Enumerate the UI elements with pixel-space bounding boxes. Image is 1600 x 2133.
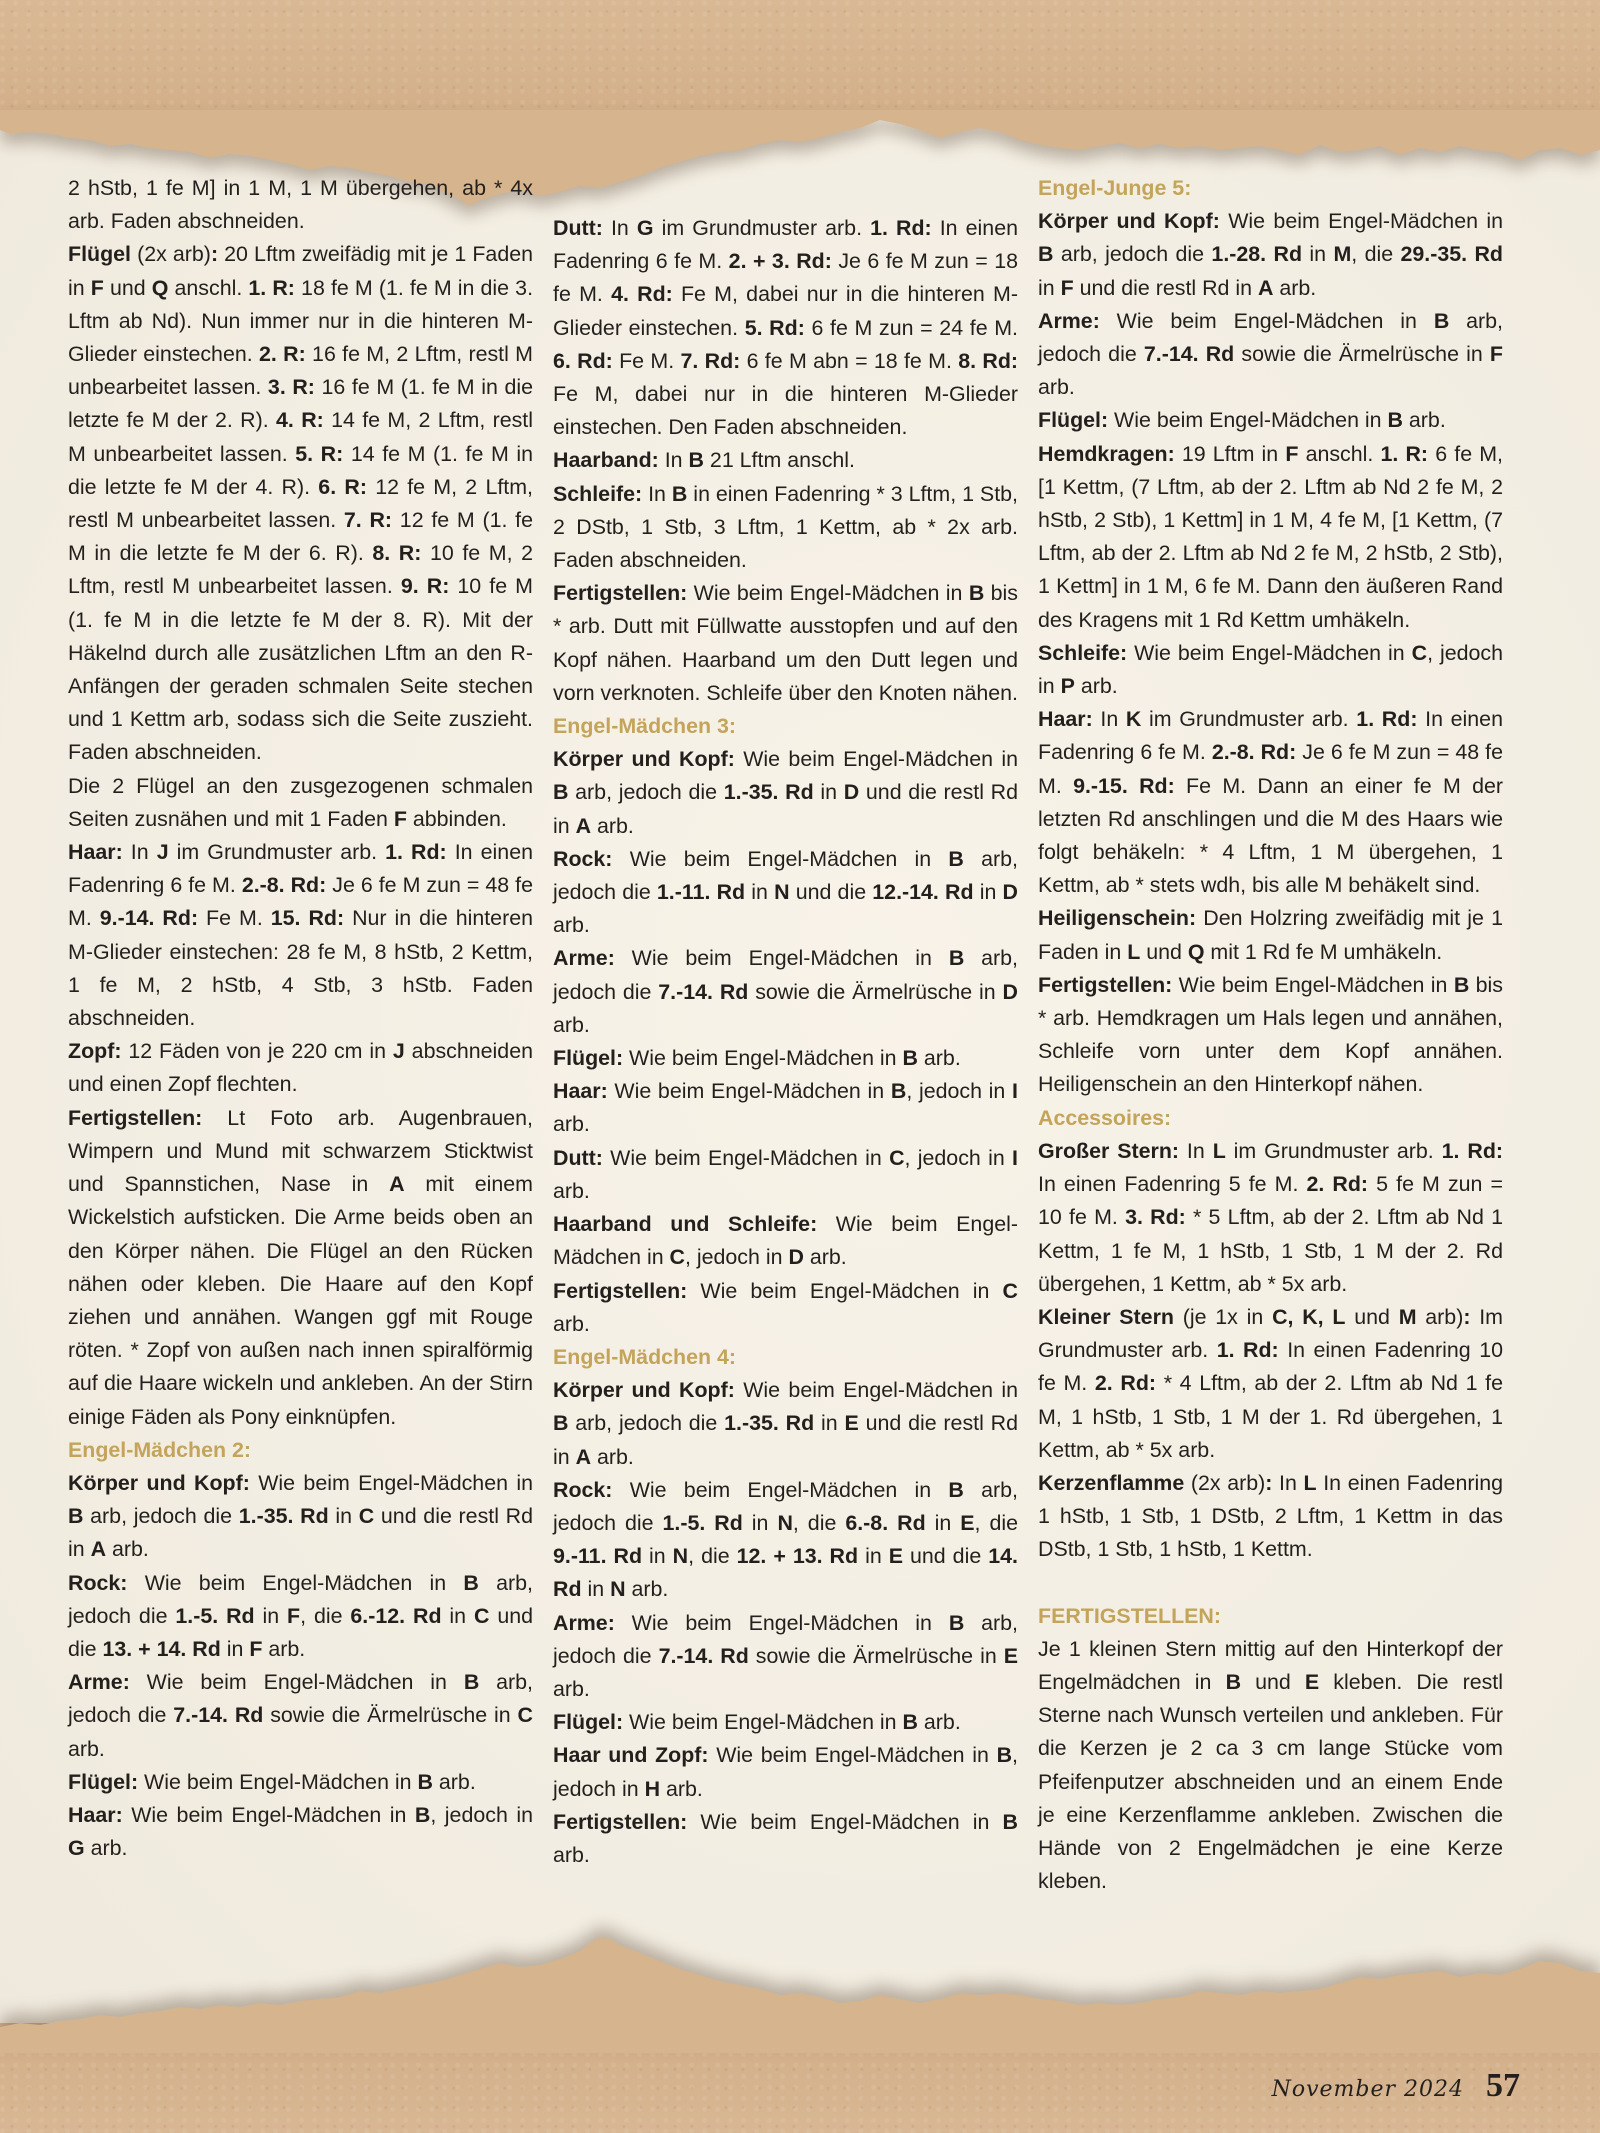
- instruction-paragraph: Rock: Wie beim Engel-Mädchen in B arb, j…: [553, 843, 1018, 943]
- bold-term: 6.-12. Rd: [350, 1604, 441, 1628]
- body-text: Wie beim Engel-Mädchen in: [615, 946, 949, 970]
- bold-term: B: [1434, 309, 1449, 333]
- bold-term: 2. + 3. Rd:: [729, 249, 832, 273]
- bold-term: B: [415, 1803, 430, 1827]
- body-text: arb.: [804, 1245, 847, 1269]
- bold-term: 1. Rd:: [1217, 1338, 1279, 1362]
- bold-term: C, K, L: [1272, 1305, 1345, 1329]
- bold-term: G: [68, 1836, 85, 1860]
- bold-term: M: [1399, 1305, 1417, 1329]
- bold-term: 7.-14. Rd: [659, 1644, 749, 1668]
- bold-term: K: [1126, 707, 1141, 731]
- spacer: [1038, 1567, 1503, 1600]
- bold-term: B: [997, 1743, 1012, 1767]
- bold-term: Schleife:: [553, 482, 642, 506]
- body-text: in: [974, 880, 1003, 904]
- instruction-paragraph: Flügel (2x arb): 20 Lftm zweifädig mit j…: [68, 238, 533, 769]
- body-text: arb.: [626, 1577, 669, 1601]
- bold-term: B: [672, 482, 687, 506]
- section-heading: FERTIGSTELLEN:: [1038, 1600, 1503, 1633]
- bold-term: B: [553, 1411, 568, 1435]
- body-text: arb.: [1403, 408, 1446, 432]
- bold-term: 1.-11. Rd: [657, 880, 745, 904]
- body-text: Wie beim Engel-Mädchen in: [123, 1803, 415, 1827]
- instruction-paragraph: Flügel: Wie beim Engel-Mädchen in B arb.: [68, 1766, 533, 1799]
- bold-term: Fertigstellen:: [553, 581, 687, 605]
- bold-term: Körper und Kopf:: [1038, 209, 1220, 233]
- bold-term: N: [610, 1577, 625, 1601]
- body-text: , die: [688, 1544, 736, 1568]
- body-text: in: [814, 780, 844, 804]
- bold-term: F: [287, 1604, 300, 1628]
- bold-term: E: [1305, 1670, 1319, 1694]
- instruction-paragraph: Arme: Wie beim Engel-Mädchen in B arb, j…: [553, 1607, 1018, 1707]
- body-text: im Grundmuster arb.: [654, 216, 871, 240]
- body-text: 21 Lftm anschl.: [704, 448, 855, 472]
- body-text: Wie beim Engel-Mädchen in: [1100, 309, 1434, 333]
- bold-term: Körper und Kopf:: [553, 747, 735, 771]
- body-text: arb.: [660, 1777, 703, 1801]
- bold-term: 3. R:: [268, 375, 315, 399]
- body-text: Fe M.: [613, 349, 681, 373]
- body-text: arb.: [553, 1843, 590, 1867]
- body-text: und: [1241, 1670, 1305, 1694]
- bold-term: B: [948, 847, 963, 871]
- bold-term: N: [673, 1544, 688, 1568]
- instruction-paragraph: Kleiner Stern (je 1x in C, K, L und M ar…: [1038, 1301, 1503, 1467]
- instruction-paragraph: Körper und Kopf: Wie beim Engel-Mädchen …: [68, 1467, 533, 1567]
- bold-term: L: [1304, 1471, 1317, 1495]
- bold-term: 1. R:: [1381, 442, 1429, 466]
- body-text: arb.: [553, 1179, 590, 1203]
- bold-term: A: [389, 1172, 404, 1196]
- bold-term: B: [969, 581, 984, 605]
- body-text: 6 fe M, [1 Kettm, (7 Lftm, ab der 2. Lft…: [1038, 442, 1503, 632]
- bold-term: 1.-5. Rd: [663, 1511, 743, 1535]
- bold-term: B: [1003, 1810, 1018, 1834]
- body-text: Wie beim Engel-Mädchen in: [603, 1146, 889, 1170]
- instruction-paragraph: Flügel: Wie beim Engel-Mädchen in B arb.: [1038, 404, 1503, 437]
- bold-term: Fertigstellen:: [553, 1810, 687, 1834]
- body-text: , die: [1351, 242, 1400, 266]
- body-text: 2 hStb, 1 fe M] in 1 M, 1 M übergehen, a…: [68, 176, 533, 233]
- bold-term: Arme:: [1038, 309, 1100, 333]
- bold-term: B: [1226, 1670, 1241, 1694]
- bold-term: 15. Rd:: [271, 906, 344, 930]
- bold-term: B: [1388, 408, 1403, 432]
- bold-term: Hemdkragen:: [1038, 442, 1175, 466]
- bold-term: G: [637, 216, 654, 240]
- body-text: In: [123, 840, 157, 864]
- bold-term: N: [777, 1511, 792, 1535]
- bold-term: Dutt:: [553, 216, 603, 240]
- body-text: Wie beim Engel-Mädchen in: [1220, 209, 1503, 233]
- body-text: In einen Fadenring 5 fe M.: [1038, 1172, 1307, 1196]
- body-text: arb.: [553, 913, 590, 937]
- bold-term: D: [1003, 880, 1018, 904]
- bold-term: Fertigstellen:: [1038, 973, 1172, 997]
- bold-term: Großer Stern:: [1038, 1139, 1179, 1163]
- body-text: Wie beim Engel-Mädchen in: [735, 747, 1018, 771]
- instruction-paragraph: Haarband und Schleife: Wie beim Engel-Mä…: [553, 1208, 1018, 1274]
- bold-term: F: [394, 807, 407, 831]
- bold-term: Haarband:: [553, 448, 659, 472]
- bold-term: Rock:: [553, 847, 612, 871]
- body-text: , jedoch in: [430, 1803, 533, 1827]
- instruction-paragraph: Rock: Wie beim Engel-Mädchen in B arb, j…: [553, 1474, 1018, 1607]
- body-text: in: [329, 1504, 359, 1528]
- instruction-paragraph: Großer Stern: In L im Grundmuster arb. 1…: [1038, 1135, 1503, 1301]
- bold-term: I: [1012, 1146, 1018, 1170]
- body-text: Wie beim Engel-Mädchen in: [623, 1710, 902, 1734]
- body-text: arb, jedoch die: [568, 1411, 724, 1435]
- body-text: Wie beim Engel-Mädchen in: [130, 1670, 464, 1694]
- instruction-paragraph: Fertigstellen: Wie beim Engel-Mädchen in…: [1038, 969, 1503, 1102]
- bold-term: B: [418, 1770, 433, 1794]
- body-text: arb.: [1075, 674, 1118, 698]
- bold-term: 1.-35. Rd: [724, 1411, 814, 1435]
- body-text: kleben. Die restl Sterne nach Wunsch ver…: [1038, 1670, 1503, 1893]
- body-text: arb): [1417, 1305, 1464, 1329]
- body-text: und: [1345, 1305, 1398, 1329]
- body-text: Wie beim Engel-Mädchen in: [1172, 973, 1454, 997]
- body-text: 6 fe M zun = 24 fe M.: [805, 316, 1018, 340]
- body-text: 6 fe M abn = 18 fe M.: [740, 349, 958, 373]
- body-text: Wie beim Engel-Mädchen in: [709, 1743, 997, 1767]
- bold-term: Haarband und Schleife:: [553, 1212, 817, 1236]
- bold-term: B: [949, 1611, 964, 1635]
- body-text: sowie die Ärmelrüsche in: [263, 1703, 517, 1727]
- instruction-paragraph: Fertigstellen: Wie beim Engel-Mädchen in…: [553, 577, 1018, 710]
- bold-term: 5. Rd:: [745, 316, 805, 340]
- body-text: im Grundmuster arb.: [1141, 707, 1356, 731]
- bold-term: Arme:: [553, 1611, 615, 1635]
- body-text: arb.: [68, 1737, 105, 1761]
- instruction-paragraph: Haar: In J im Grundmuster arb. 1. Rd: In…: [68, 836, 533, 1035]
- bold-term: 9. R:: [401, 574, 449, 598]
- body-text: , die: [300, 1604, 350, 1628]
- bold-term: C: [474, 1604, 489, 1628]
- bold-term: 1. Rd:: [385, 840, 447, 864]
- section-heading: Accessoires:: [1038, 1102, 1503, 1135]
- bold-term: 29.-35. Rd: [1401, 242, 1504, 266]
- bold-term: Zopf:: [68, 1039, 121, 1063]
- body-text: Wie beim Engel-Mädchen in: [623, 1046, 902, 1070]
- instruction-paragraph: Dutt: In G im Grundmuster arb. 1. Rd: In…: [553, 212, 1018, 444]
- bold-term: L: [1213, 1139, 1226, 1163]
- bold-term: C: [359, 1504, 374, 1528]
- body-text: arb.: [553, 1312, 590, 1336]
- bold-term: 7.-14. Rd: [173, 1703, 263, 1727]
- bold-term: F: [1285, 442, 1298, 466]
- bold-term: L: [1127, 940, 1140, 964]
- body-text: in: [1302, 242, 1333, 266]
- instruction-paragraph: Fertigstellen: Wie beim Engel-Mädchen in…: [553, 1275, 1018, 1341]
- body-text: Wie beim Engel-Mädchen in: [687, 1279, 1002, 1303]
- bold-term: B: [68, 1504, 83, 1528]
- column-1: 2 hStb, 1 fe M] in 1 M, 1 M übergehen, a…: [68, 172, 533, 1898]
- body-text: in: [582, 1577, 611, 1601]
- bold-term: N: [774, 880, 789, 904]
- bold-term: 6.-8. Rd: [845, 1511, 925, 1535]
- body-text: und die: [903, 1544, 988, 1568]
- instruction-paragraph: Körper und Kopf: Wie beim Engel-Mädchen …: [1038, 205, 1503, 305]
- body-text: In: [659, 448, 689, 472]
- bold-term: Arme:: [553, 946, 615, 970]
- article-columns: 2 hStb, 1 fe M] in 1 M, 1 M übergehen, a…: [68, 172, 1504, 1898]
- body-text: arb.: [262, 1637, 305, 1661]
- bold-term: Kleiner Stern: [1038, 1305, 1174, 1329]
- body-text: in: [926, 1511, 961, 1535]
- bold-term: 1. Rd:: [870, 216, 932, 240]
- body-text: In: [642, 482, 672, 506]
- bold-term: D: [1003, 980, 1018, 1004]
- body-text: 12 Fäden von je 220 cm in: [121, 1039, 392, 1063]
- instruction-paragraph: Die 2 Flügel an den zusgezogenen schmale…: [68, 770, 533, 836]
- bold-term: 2. R:: [259, 342, 306, 366]
- bold-term: Flügel:: [553, 1046, 623, 1070]
- instruction-paragraph: Haar und Zopf: Wie beim Engel-Mädchen in…: [553, 1739, 1018, 1805]
- bold-term: A: [91, 1537, 106, 1561]
- instruction-paragraph: Schleife: In B in einen Fadenring * 3 Lf…: [553, 478, 1018, 578]
- instruction-paragraph: Haar: Wie beim Engel-Mädchen in B, jedoc…: [68, 1799, 533, 1865]
- bold-term: 6. R:: [318, 475, 367, 499]
- body-text: arb, jedoch die: [568, 780, 723, 804]
- body-text: arb, jedoch die: [83, 1504, 238, 1528]
- bold-term: 7. Rd:: [680, 349, 740, 373]
- body-text: anschl.: [168, 276, 248, 300]
- bold-term: Q: [1188, 940, 1205, 964]
- bold-term: 4. R:: [276, 408, 324, 432]
- bold-term: 1.-35. Rd: [239, 1504, 329, 1528]
- bold-term: Dutt:: [553, 1146, 603, 1170]
- bold-term: Fertigstellen:: [68, 1106, 202, 1130]
- bold-term: B: [689, 448, 704, 472]
- bold-term: Kerzenflamme: [1038, 1471, 1184, 1495]
- bold-term: J: [157, 840, 169, 864]
- bold-term: J: [393, 1039, 405, 1063]
- body-text: In: [603, 216, 637, 240]
- body-text: in: [221, 1637, 250, 1661]
- body-text: Fe M.: [198, 906, 271, 930]
- body-text: , jedoch in: [906, 1079, 1012, 1103]
- body-text: sowie die Ärmelrüsche in: [1234, 342, 1490, 366]
- instruction-paragraph: Schleife: Wie beim Engel-Mädchen in C, j…: [1038, 637, 1503, 703]
- body-text: arb.: [553, 1013, 590, 1037]
- section-heading: Engel-Mädchen 2:: [68, 1434, 533, 1467]
- body-text: anschl.: [1298, 442, 1380, 466]
- body-text: abbinden.: [407, 807, 507, 831]
- bold-term: E: [1004, 1644, 1018, 1668]
- body-text: (je 1x in: [1174, 1305, 1272, 1329]
- body-text: in: [642, 1544, 673, 1568]
- bold-term: 8. Rd:: [958, 349, 1018, 373]
- body-text: und: [104, 276, 152, 300]
- bold-term: 2.-8. Rd:: [1212, 740, 1296, 764]
- body-text: Wie beim Engel-Mädchen in: [127, 1571, 463, 1595]
- bold-term: D: [844, 780, 859, 804]
- section-heading: Engel-Junge 5:: [1038, 172, 1503, 205]
- body-text: Wie beim Engel-Mädchen in: [612, 1478, 948, 1502]
- bold-term: P: [1061, 674, 1075, 698]
- bold-term: 1.-35. Rd: [724, 780, 814, 804]
- bold-term: F: [249, 1637, 262, 1661]
- bold-term: 8. R:: [372, 541, 421, 565]
- bold-term: Flügel:: [68, 1770, 138, 1794]
- body-text: (2x arb): [1184, 1471, 1265, 1495]
- bold-term: Heiligenschein:: [1038, 906, 1196, 930]
- body-text: in: [255, 1604, 287, 1628]
- bold-term: Fertigstellen:: [553, 1279, 687, 1303]
- bold-term: Flügel: [68, 242, 131, 266]
- bold-term: D: [788, 1245, 803, 1269]
- bold-term: Haar:: [68, 1803, 123, 1827]
- body-text: im Grundmuster arb.: [169, 840, 386, 864]
- torn-edge-bottom: [0, 1933, 1600, 2053]
- body-text: in: [1038, 276, 1061, 300]
- bold-term: A: [1258, 276, 1273, 300]
- bold-term: 13. + 14. Rd: [103, 1637, 221, 1661]
- body-text: arb.: [918, 1710, 961, 1734]
- instruction-paragraph: Heiligenschein: Den Holzring zweifädig m…: [1038, 902, 1503, 968]
- instruction-paragraph: Arme: Wie beim Engel-Mädchen in B arb, j…: [553, 942, 1018, 1042]
- body-text: arb.: [591, 814, 634, 838]
- bold-term: Rock:: [553, 1478, 612, 1502]
- bold-term: E: [889, 1544, 903, 1568]
- body-text: Wie beim Engel-Mädchen in: [250, 1471, 533, 1495]
- bold-term: 1. Rd:: [1356, 707, 1417, 731]
- body-text: Wie beim Engel-Mädchen in: [612, 847, 948, 871]
- bold-term: 9.-14. Rd:: [100, 906, 198, 930]
- instruction-paragraph: Fertigstellen: Lt Foto arb. Augenbrauen,…: [68, 1102, 533, 1434]
- body-text: In: [1093, 707, 1126, 731]
- instruction-paragraph: Hemdkragen: 19 Lftm in F anschl. 1. R: 6…: [1038, 438, 1503, 637]
- body-text: und die: [790, 880, 873, 904]
- bold-term: Haar und Zopf:: [553, 1743, 709, 1767]
- instruction-paragraph: Arme: Wie beim Engel-Mädchen in B arb, j…: [1038, 305, 1503, 405]
- bold-term: Flügel:: [553, 1710, 623, 1734]
- body-text: in: [745, 880, 774, 904]
- bold-term: B: [891, 1079, 906, 1103]
- bold-term: 7.-14. Rd: [658, 980, 748, 1004]
- bold-term: Schleife:: [1038, 641, 1127, 665]
- bold-term: Haar:: [1038, 707, 1093, 731]
- instruction-paragraph: Körper und Kopf: Wie beim Engel-Mädchen …: [553, 1374, 1018, 1474]
- issue-date: November 2024: [1272, 2077, 1464, 2102]
- instruction-paragraph: Dutt: Wie beim Engel-Mädchen in C, jedoc…: [553, 1142, 1018, 1208]
- bold-term: B: [1038, 242, 1053, 266]
- body-text: in: [814, 1411, 844, 1435]
- bold-term: 2. Rd:: [1307, 1172, 1369, 1196]
- bold-term: 7.-14. Rd: [1144, 342, 1234, 366]
- bold-term: I: [1012, 1079, 1018, 1103]
- bold-term: Haar:: [553, 1079, 608, 1103]
- bold-term: B: [1454, 973, 1469, 997]
- body-text: Fe M, dabei nur in die hinteren M-Gliede…: [553, 382, 1018, 439]
- bold-term: 2. Rd:: [1095, 1371, 1156, 1395]
- bold-term: Rock:: [68, 1571, 127, 1595]
- body-text: sowie die Ärmelrüsche in: [749, 1644, 1004, 1668]
- body-text: arb.: [591, 1445, 634, 1469]
- body-text: in: [858, 1544, 889, 1568]
- body-text: 10 fe M (1. fe M in die letzte fe M der …: [68, 574, 533, 764]
- body-text: sowie die Ärmelrüsche in: [748, 980, 1002, 1004]
- instruction-paragraph: Körper und Kopf: Wie beim Engel-Mädchen …: [553, 743, 1018, 843]
- body-text: Wie beim Engel-Mädchen in: [687, 581, 969, 605]
- body-text: arb.: [433, 1770, 476, 1794]
- bold-term: 1.-5. Rd: [175, 1604, 254, 1628]
- instruction-paragraph: Haar: Wie beim Engel-Mädchen in B, jedoc…: [553, 1075, 1018, 1141]
- bold-term: Flügel:: [1038, 408, 1108, 432]
- instruction-paragraph: Haarband: In B 21 Lftm anschl.: [553, 444, 1018, 477]
- body-text: in: [442, 1604, 474, 1628]
- body-text: arb.: [918, 1046, 961, 1070]
- bold-term: B: [948, 1478, 963, 1502]
- bold-term: B: [464, 1670, 479, 1694]
- instruction-paragraph: Kerzenflamme (2x arb): In L In einen Fad…: [1038, 1467, 1503, 1567]
- bold-term: M: [1333, 242, 1351, 266]
- bold-term: A: [576, 1445, 591, 1469]
- bold-term: E: [960, 1511, 974, 1535]
- bold-term: Körper und Kopf:: [553, 1378, 735, 1402]
- bold-term: Haar:: [68, 840, 123, 864]
- body-text: arb.: [553, 1677, 590, 1701]
- bold-term: 12.-14. Rd: [872, 880, 973, 904]
- bold-term: Q: [152, 276, 169, 300]
- bold-term: B: [463, 1571, 478, 1595]
- bold-term: 6. Rd:: [553, 349, 613, 373]
- bold-term: 7. R:: [344, 508, 392, 532]
- bold-term: Arme:: [68, 1670, 130, 1694]
- instruction-paragraph: Fertigstellen: Wie beim Engel-Mädchen in…: [553, 1806, 1018, 1872]
- body-text: Wie beim Engel-Mädchen in: [1108, 408, 1387, 432]
- bold-term: C: [889, 1146, 904, 1170]
- bold-term: B: [949, 946, 964, 970]
- bold-term: B: [553, 780, 568, 804]
- bold-term: 9.-11. Rd: [553, 1544, 642, 1568]
- column-3: Engel-Junge 5:Körper und Kopf: Wie beim …: [1038, 172, 1503, 1898]
- instruction-paragraph: Haar: In K im Grundmuster arb. 1. Rd: In…: [1038, 703, 1503, 902]
- page-footer: November 2024 57: [1272, 2067, 1520, 2105]
- bold-term: 1. Rd:: [1442, 1139, 1503, 1163]
- body-text: arb.: [85, 1836, 128, 1860]
- body-text: In: [1272, 1471, 1303, 1495]
- body-text: arb, jedoch die: [1053, 242, 1211, 266]
- bold-term: B: [903, 1046, 918, 1070]
- body-text: , jedoch in: [905, 1146, 1013, 1170]
- body-text: 19 Lftm in: [1175, 442, 1286, 466]
- body-text: Wie beim Engel-Mädchen in: [1127, 641, 1411, 665]
- bold-term: H: [645, 1777, 660, 1801]
- body-text: Wie beim Engel-Mädchen in: [608, 1079, 891, 1103]
- bold-term: 2.-8. Rd:: [242, 873, 326, 897]
- body-text: und: [1140, 940, 1188, 964]
- body-text: Wie beim Engel-Mädchen in: [138, 1770, 417, 1794]
- bold-term: E: [844, 1411, 858, 1435]
- column-2: Dutt: In G im Grundmuster arb. 1. Rd: In…: [553, 172, 1018, 1898]
- body-text: arb.: [1038, 375, 1075, 399]
- bold-term: 1.-28. Rd: [1211, 242, 1302, 266]
- body-text: , die: [793, 1511, 845, 1535]
- body-text: Wie beim Engel-Mädchen in: [735, 1378, 1018, 1402]
- bold-term: 5. R:: [295, 442, 343, 466]
- body-text: , die: [975, 1511, 1018, 1535]
- bold-term: 1. R:: [248, 276, 295, 300]
- bold-term: F: [1490, 342, 1503, 366]
- bold-term: 4. Rd:: [611, 282, 673, 306]
- body-text: arb.: [106, 1537, 149, 1561]
- bold-term: A: [576, 814, 591, 838]
